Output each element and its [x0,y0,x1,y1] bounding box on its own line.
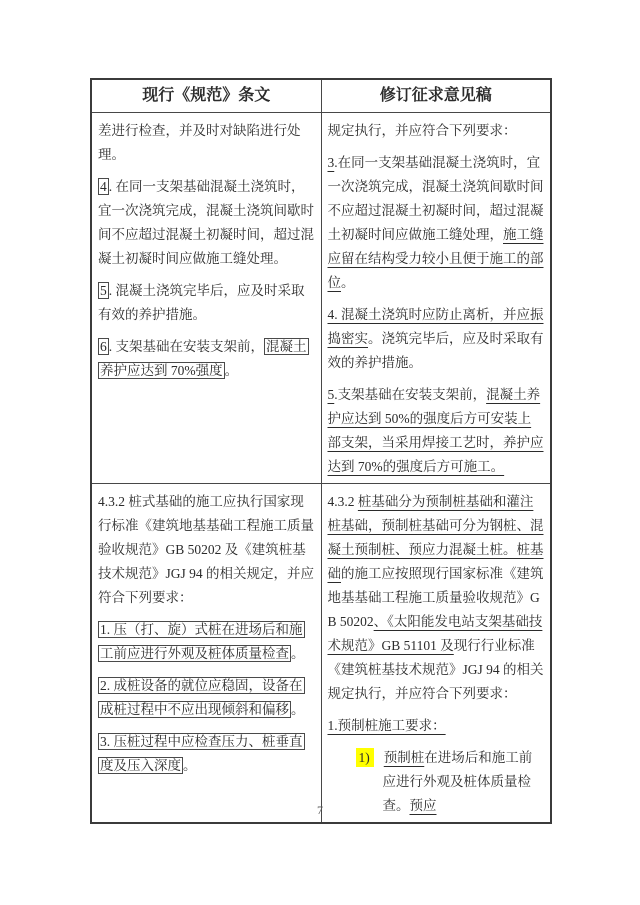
table-row-2: 4.3.2 桩式基础的施工应执行国家现行标准《建筑地基基础工程施工质量验收规范》… [91,484,551,824]
paragraph: 5.支架基础在安装支架前，混凝土养护应达到 50%的强度后方可安装上部支架，当采… [328,383,545,479]
text-segment: 4.3.2 [328,494,358,509]
text-segment: 。 [183,758,197,773]
underlined-text: 预制桩 [384,750,425,765]
boxed-number: 4 [98,178,109,195]
boxed-number: 5 [98,282,109,299]
paragraph: 2. 成桩设备的就位应稳固，设备在成桩过程中不应出现倾斜和偏移。 [98,674,315,722]
paragraph: 3.在同一支架基础混凝土浇筑时，宜一次浇筑完成，混凝土浇筑间歇时间不应超过混凝土… [328,151,545,295]
paragraph: 4.3.2 桩基础分为预制桩基础和灌注桩基础，预制桩基础可分为钢桩、混凝土预制桩… [328,490,545,706]
paragraph: 差进行检查，并及时对缺陷进行处理。 [98,119,315,167]
text-segment: 。 [341,275,355,290]
document-page: 现行《规范》条文 修订征求意见稿 差进行检查，并及时对缺陷进行处理。 4. 在同… [0,0,640,905]
paragraph: 4. 在同一支架基础混凝土浇筑时，宜一次浇筑完成，混凝土浇筑间歇时间不应超过混凝… [98,175,315,271]
paragraph: 3. 压桩过程中应检查压力、桩垂直度及压入深度。 [98,730,315,778]
column-header-revised-draft: 修订征求意见稿 [321,79,551,113]
page-number: 7 [0,803,640,818]
text-segment: 4.3.2 桩式基础的施工应执行国家现行标准《建筑地基基础工程施工质量验收规范》… [98,494,314,605]
text-segment: 规定执行，并应符合下列要求： [328,123,517,138]
boxed-text: 2. 成桩设备的就位应稳固，设备在成桩过程中不应出现倾斜和偏移 [98,677,305,718]
text-segment: 。 [291,702,305,717]
underlined-text: 1.预制桩施工要求： [328,718,446,733]
cell-revised-draft-row2: 4.3.2 桩基础分为预制桩基础和灌注桩基础，预制桩基础可分为钢桩、混凝土预制桩… [321,484,551,824]
text-segment: 。 [291,646,305,661]
table-row-1: 差进行检查，并及时对缺陷进行处理。 4. 在同一支架基础混凝土浇筑时，宜一次浇筑… [91,113,551,484]
code-comparison-table: 现行《规范》条文 修订征求意见稿 差进行检查，并及时对缺陷进行处理。 4. 在同… [90,78,552,824]
table-header-row: 现行《规范》条文 修订征求意见稿 [91,79,551,113]
cell-revised-draft-row1: 规定执行，并应符合下列要求： 3.在同一支架基础混凝土浇筑时，宜一次浇筑完成，混… [321,113,551,484]
highlighted-list-number: 1) [356,748,374,767]
paragraph: 4. 混凝土浇筑时应防止离析，并应振捣密实。浇筑完毕后，应及时采取有效的养护措施… [328,303,545,375]
paragraph: 1.预制桩施工要求： [328,714,545,738]
text-segment: .支架基础在安装支架前， [334,387,486,402]
paragraph: 4.3.2 桩式基础的施工应执行国家现行标准《建筑地基基础工程施工质量验收规范》… [98,490,315,610]
text-segment: 。 [225,363,239,378]
boxed-text: 3. 压桩过程中应检查压力、桩垂直度及压入深度 [98,733,305,774]
paragraph: 规定执行，并应符合下列要求： [328,119,545,143]
paragraph: 1. 压（打、旋）式桩在进场后和施工前应进行外观及桩体质量检查。 [98,618,315,666]
cell-current-code-row1: 差进行检查，并及时对缺陷进行处理。 4. 在同一支架基础混凝土浇筑时，宜一次浇筑… [91,113,321,484]
text-segment: . 支架基础在安装支架前， [109,339,264,354]
text-segment: . 混凝土浇筑完毕后，应及时采取有效的养护措施。 [98,283,305,322]
column-header-current-code: 现行《规范》条文 [91,79,321,113]
boxed-text: 1. 压（打、旋）式桩在进场后和施工前应进行外观及桩体质量检查 [98,621,305,662]
paragraph: 5. 混凝土浇筑完毕后，应及时采取有效的养护措施。 [98,279,315,327]
text-segment: . 在同一支架基础混凝土浇筑时，宜一次浇筑完成，混凝土浇筑间歇时间不应超过混凝土… [98,179,314,266]
paragraph: 6. 支架基础在安装支架前，混凝土养护应达到 70%强度。 [98,335,315,383]
boxed-number: 6 [98,338,109,355]
cell-current-code-row2: 4.3.2 桩式基础的施工应执行国家现行标准《建筑地基基础工程施工质量验收规范》… [91,484,321,824]
text-segment: 差进行检查，并及时对缺陷进行处理。 [98,123,301,162]
